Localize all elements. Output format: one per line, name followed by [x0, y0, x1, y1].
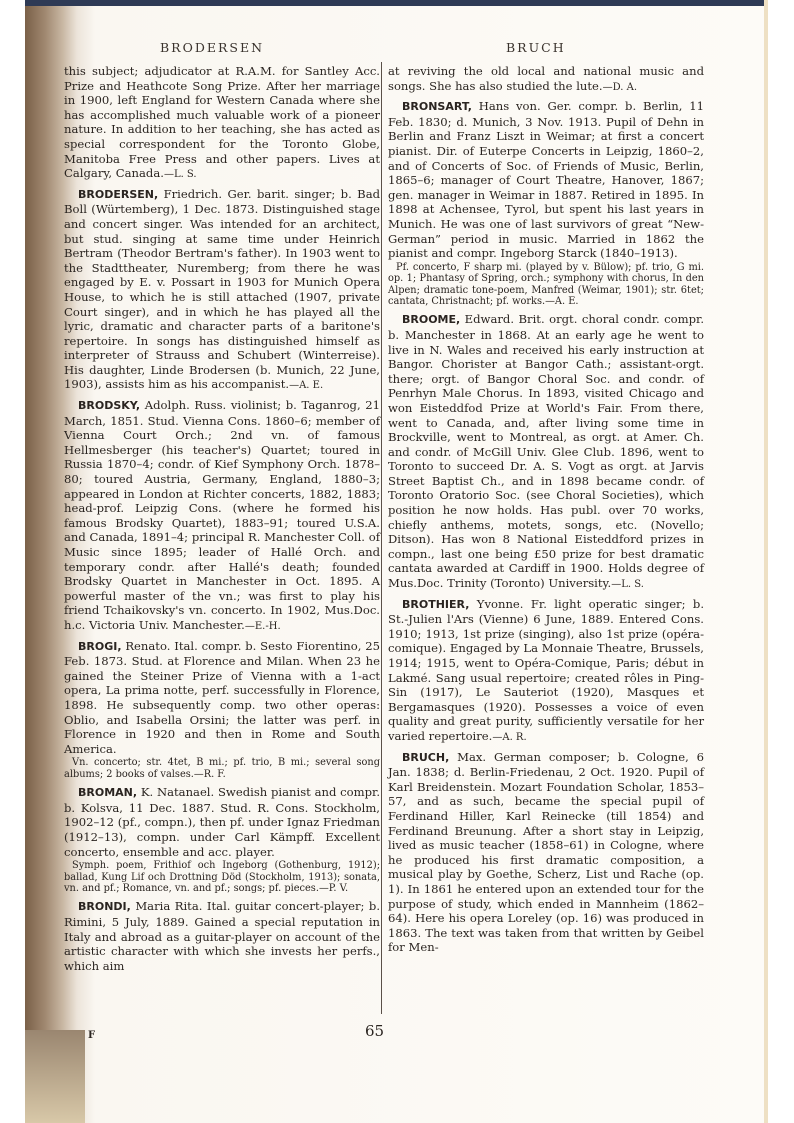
signature-mark: F: [88, 1030, 95, 1041]
entry-bronsart: BRONSART, Hans von. Ger. compr. b. Berli…: [388, 99, 704, 261]
entry-headword: BROGI,: [78, 640, 122, 653]
entry-body: this subject; adjudicator at R.A.M. for …: [64, 64, 380, 180]
entry-headword: BRONDI,: [78, 900, 131, 913]
entry-signature: —A. E.: [289, 380, 323, 391]
entry-broman: BROMAN, K. Natanael. Swedish pianist and…: [64, 785, 380, 859]
column-divider: [381, 62, 382, 1014]
running-head-right: BRUCH: [506, 40, 566, 55]
page-number: 65: [365, 1022, 384, 1040]
entry-given-name: Friedrich.: [164, 187, 222, 201]
entry-works-list: Pf. concerto, F sharp mi. (played by v. …: [388, 262, 704, 308]
entry-given-name: K. Natanael.: [141, 785, 214, 799]
entry-body: at reviving the old local and national m…: [388, 64, 704, 93]
continuation-entry: this subject; adjudicator at R.A.M. for …: [64, 64, 380, 183]
entry-body: Russ. violinist; b. Taganrog, 21 March, …: [64, 398, 380, 632]
entry-headword: BRODSKY,: [78, 399, 140, 412]
entry-signature: —E.-H.: [245, 621, 281, 632]
entry-brodersen: BRODERSEN, Friedrich. Ger. barit. singer…: [64, 187, 380, 394]
entry-broome: BROOME, Edward. Brit. orgt. choral condr…: [388, 312, 704, 592]
entry-headword: BROMAN,: [78, 786, 137, 799]
running-head-left: BRODERSEN: [160, 40, 264, 55]
entry-signature: —D. A.: [603, 82, 637, 93]
entry-given-name: Yvonne.: [477, 597, 524, 611]
entry-signature: —L. S.: [611, 579, 644, 590]
page-edge: [764, 0, 768, 1123]
entry-headword: BRONSART,: [402, 100, 472, 113]
book-cover-edge: [25, 0, 767, 6]
entry-body: Ital. compr. b. Sesto Fiorentino, 25 Feb…: [64, 639, 380, 756]
entry-body: Fr. light operatic singer; b. St.-Julien…: [388, 597, 704, 743]
entry-given-name: Adolph.: [145, 398, 190, 412]
entry-given-name: Renato.: [125, 639, 170, 653]
entry-given-name: Max.: [457, 750, 486, 764]
entry-works-list: Symph. poem, Frithiof och Ingeborg (Goth…: [64, 860, 380, 894]
entry-given-name: Hans von.: [479, 99, 541, 113]
entry-body: German composer; b. Cologne, 6 Jan. 1838…: [388, 750, 704, 955]
entry-headword: BRUCH,: [402, 751, 449, 764]
entry-brogi: BROGI, Renato. Ital. compr. b. Sesto Fio…: [64, 639, 380, 757]
entry-brothier: BROTHIER, Yvonne. Fr. light operatic sin…: [388, 597, 704, 746]
entry-bruch: BRUCH, Max. German composer; b. Cologne,…: [388, 750, 704, 955]
entry-body: Ger. compr. b. Berlin, 11 Feb. 1830; d. …: [388, 99, 704, 260]
entry-works-list: Vn. concerto; str. 4tet, B mi.; pf. trio…: [64, 757, 380, 780]
entry-brodsky: BRODSKY, Adolph. Russ. violinist; b. Tag…: [64, 398, 380, 635]
entry-headword: BROTHIER,: [402, 598, 469, 611]
right-column: at reviving the old local and national m…: [388, 64, 704, 959]
entry-headword: BROOME,: [402, 313, 460, 326]
entry-signature: —L. S.: [164, 169, 197, 180]
continuation-entry: at reviving the old local and national m…: [388, 64, 704, 95]
entry-brondi: BRONDI, Maria Rita. Ital. guitar concert…: [64, 899, 380, 973]
entry-signature: —A. R.: [492, 732, 526, 743]
entry-headword: BRODERSEN,: [78, 188, 158, 201]
entry-body: Brit. orgt. choral condr. compr. b. Manc…: [388, 312, 704, 590]
left-column: this subject; adjudicator at R.A.M. for …: [64, 64, 380, 977]
page-gutter-shadow: [25, 1030, 85, 1123]
entry-given-name: Maria Rita.: [135, 899, 202, 913]
entry-given-name: Edward.: [465, 312, 514, 326]
entry-body: Ger. barit. singer; b. Bad Boll (Würtemb…: [64, 187, 380, 392]
